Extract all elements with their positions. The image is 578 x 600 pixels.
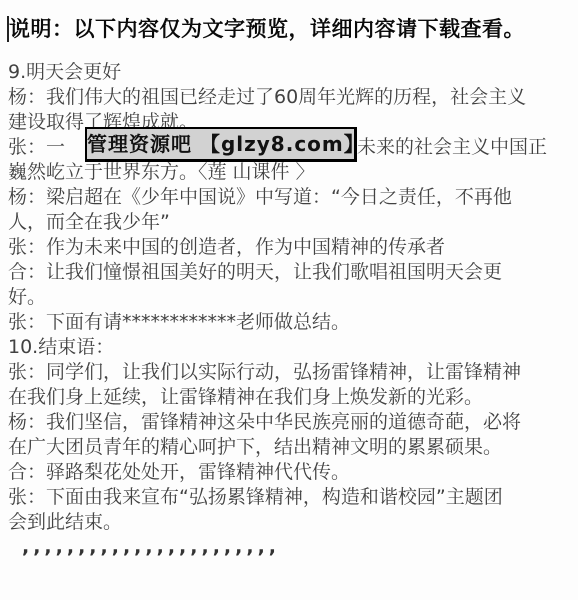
doc-line: 张：作为未来中国的创造者，作为中国精神的传承者 [8, 235, 578, 260]
doc-ellipsis-line: ,,,,,,,,,,,,,,,,,,,,,,, [8, 535, 578, 560]
doc-line: 好。 [8, 285, 578, 310]
doc-line: 在我们身上延续，让雷锋精神在我们身上焕发新的光彩。 [8, 385, 578, 410]
doc-line-segment-pre: 张：一 [8, 136, 65, 158]
doc-line: 9.明天会更好 [8, 60, 578, 85]
site-watermark-badge: 管理资源吧 【glzy8.com】 [85, 127, 357, 162]
doc-line: 张：下面有请************老师做总结。 [8, 310, 578, 335]
doc-line: 合：驿路梨花处处开，雷锋精神代代传。 [8, 460, 578, 485]
doc-line: 人，而全在我少年” [8, 210, 578, 235]
doc-line: 张：下面由我来宣布“弘扬累锋精神，构造和谐校园”主题团 [8, 485, 578, 510]
doc-line: 杨：梁启超在《少年中国说》中写道：“今日之责任，不再他 [8, 185, 578, 210]
doc-line: 杨：我们坚信，雷锋精神这朵中华民族亮丽的道德奇葩，必将 [8, 410, 578, 435]
doc-line: 在广大团员青年的精心呵护下，结出精神文明的累累硕果。 [8, 435, 578, 460]
doc-line: 会到此结束。 [8, 510, 578, 535]
doc-line: 张：同学们，让我们以实际行动，弘扬雷锋精神，让雷锋精神 [8, 360, 578, 385]
doc-line: 杨：我们伟大的祖国已经走过了60周年光辉的历程，社会主义 [8, 85, 578, 110]
doc-line-segment-post: 未来的社会主义中国正 [357, 136, 547, 158]
document-preview-page: 说明：以下内容仅为文字预览，详细内容请下载查看。 9.明天会更好 杨：我们伟大的… [0, 0, 578, 600]
doc-line: 10.结束语： [8, 335, 578, 360]
preview-notice: 说明：以下内容仅为文字预览，详细内容请下载查看。 [9, 13, 525, 43]
doc-line: 巍然屹立于世界东方。〈莲 山课件 〉 [8, 160, 578, 185]
doc-line: 合：让我们憧憬祖国美好的明天，让我们歌唱祖国明天会更 [8, 260, 578, 285]
